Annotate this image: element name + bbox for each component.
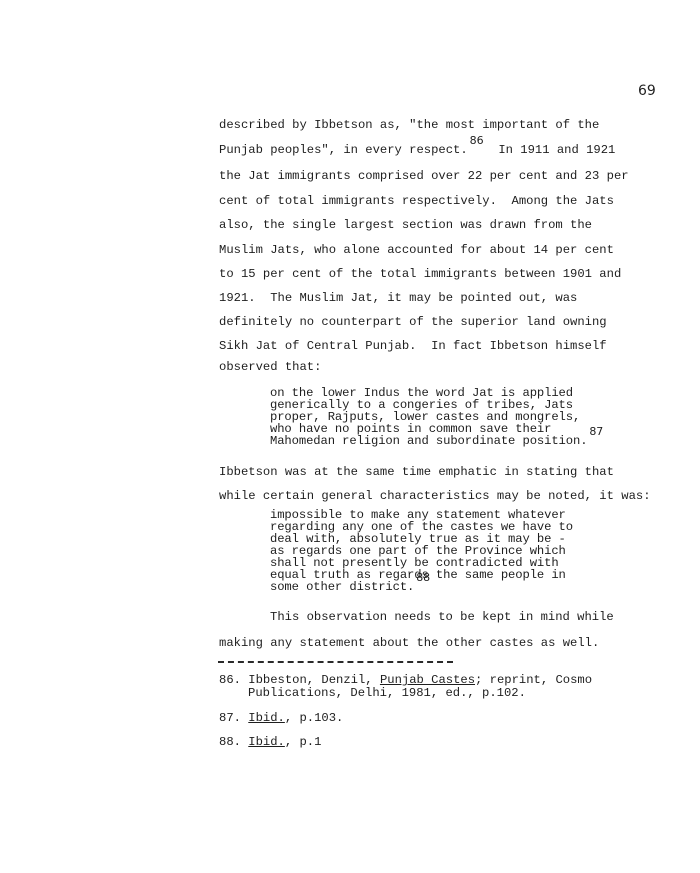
text-line: 1921. The Muslim Jat, it may be pointed …: [219, 291, 577, 305]
text-line: described by Ibbetson as, "the most impo…: [219, 118, 599, 132]
footnote-title: Ibid.: [248, 735, 285, 749]
text-line: while certain general characteristics ma…: [219, 489, 651, 503]
text-line: Ibbetson was at the same time emphatic i…: [219, 465, 614, 479]
text-line: the Jat immigrants comprised over 22 per…: [219, 169, 629, 183]
footnote-text: ; reprint, Cosmo: [475, 673, 592, 687]
footnote-ref: 86: [470, 134, 484, 147]
footnote-text: , p.1: [285, 735, 322, 749]
page-number: 69: [638, 83, 656, 99]
text-line: Punjab peoples", in every respect.86 In …: [219, 143, 615, 157]
footnote-87: 87. Ibid., p.103.: [219, 711, 343, 725]
text-segment: some other district.: [270, 580, 414, 594]
text-line: Muslim Jats, who alone accounted for abo…: [219, 243, 614, 257]
footnote-text: , p.103.: [285, 711, 344, 725]
footnote-text: Ibbeston, Denzil,: [248, 673, 380, 687]
text-line: cent of total immigrants respectively. A…: [219, 194, 614, 208]
text-line: observed that:: [219, 360, 321, 374]
footnote-title: Ibid.: [248, 711, 285, 725]
text-line: definitely no counterpart of the superio…: [219, 315, 607, 329]
footnote-number: 88.: [219, 735, 241, 749]
footnote-title: Punjab Castes: [380, 673, 475, 687]
text-line: Sikh Jat of Central Punjab. In fact Ibbe…: [219, 339, 607, 353]
text-line: to 15 per cent of the total immigrants b…: [219, 267, 621, 281]
footnote-ref: 88: [416, 571, 430, 584]
text-line: making any statement about the other cas…: [219, 636, 599, 650]
text-line: This observation needs to be kept in min…: [270, 610, 614, 624]
text-segment: Punjab peoples", in every respect.: [219, 143, 468, 157]
footnote-divider: [218, 661, 453, 663]
footnote-ref: 87: [589, 425, 603, 438]
footnote-number: 86.: [219, 673, 241, 687]
text-segment: Mahomedan religion and subordinate posit…: [270, 434, 587, 448]
footnote-86-continuation: Publications, Delhi, 1981, ed., p.102.: [248, 686, 526, 700]
text-line: also, the single largest section was dra…: [219, 218, 592, 232]
footnote-88: 88. Ibid., p.1: [219, 735, 321, 749]
quote-line: some other district.88: [270, 580, 430, 594]
quote-line: Mahomedan religion and subordinate posit…: [270, 434, 603, 448]
text-segment: In 1911 and 1921: [498, 143, 615, 157]
footnote-number: 87.: [219, 711, 241, 725]
footnote-86: 86. Ibbeston, Denzil, Punjab Castes; rep…: [219, 673, 592, 687]
